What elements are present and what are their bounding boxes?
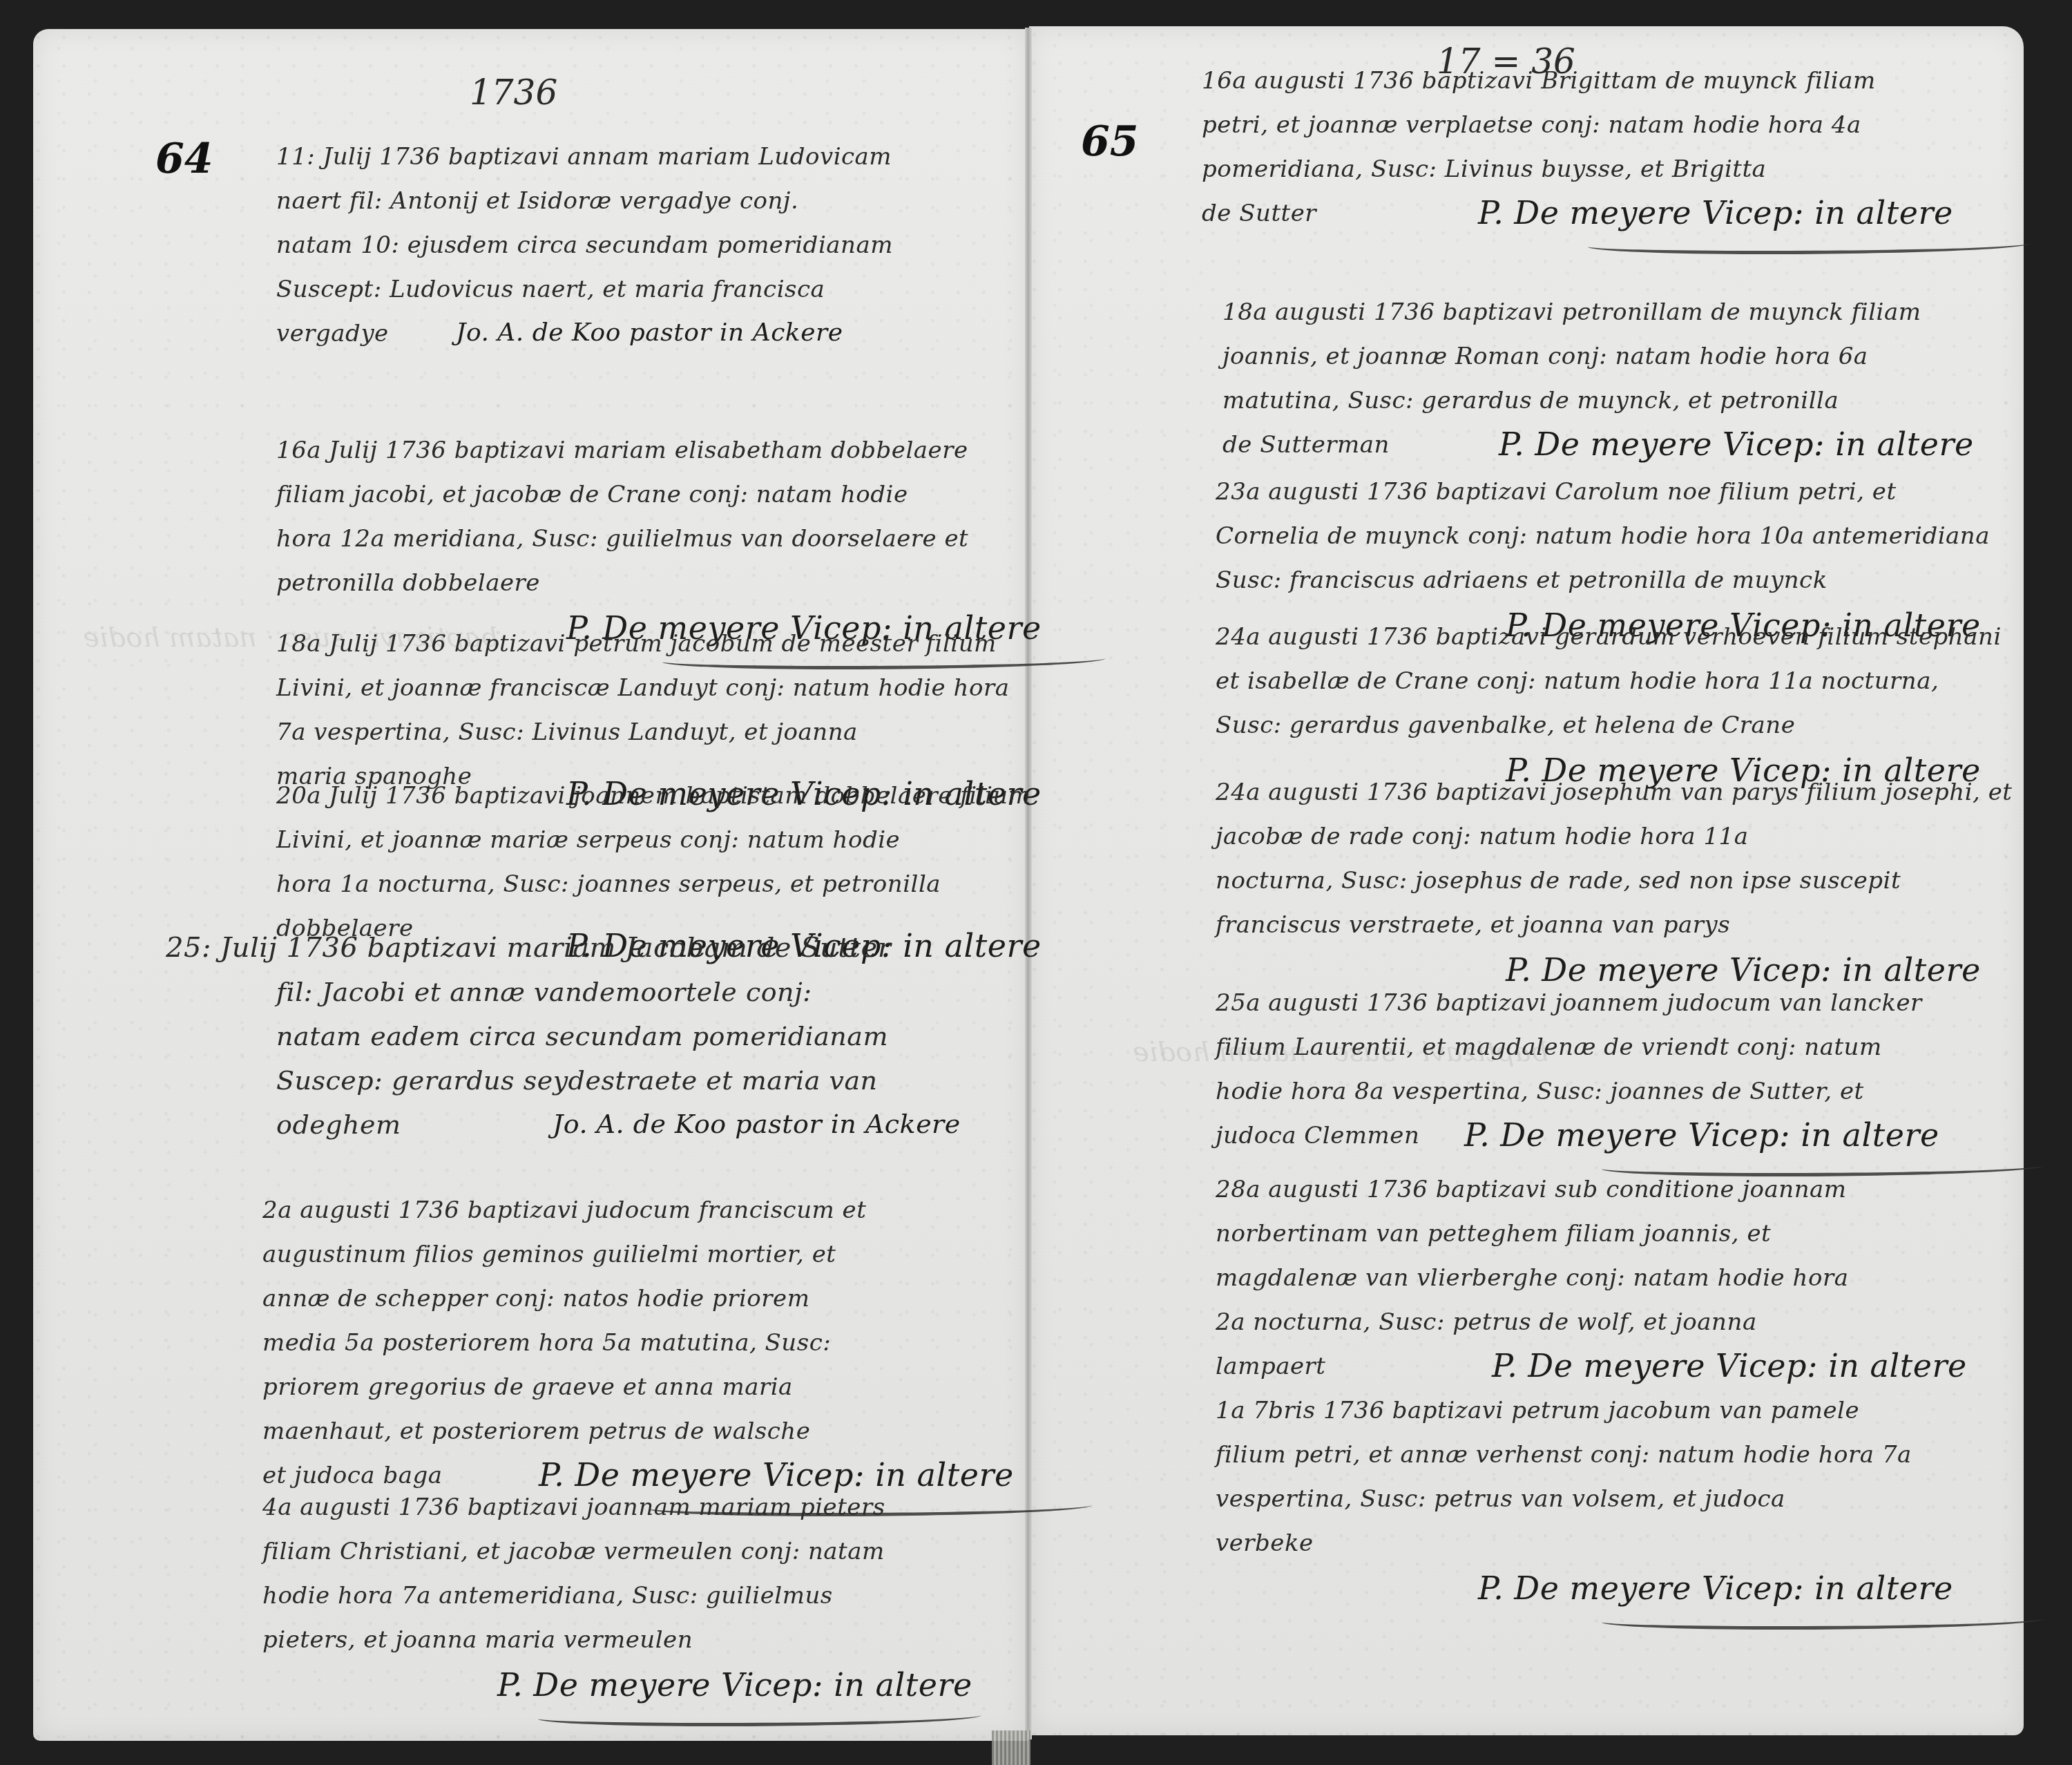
entry-line: verbeke (1216, 1521, 2044, 1565)
entry-line: 2a augusti 1736 baptizavi judocum franci… (262, 1188, 1091, 1232)
baptism-entry: 4a augusti 1736 baptizavi joannam mariam… (262, 1485, 981, 1726)
entry-line: annæ de schepper conj: natos hodie prior… (262, 1277, 1091, 1321)
baptism-entry: 2a augusti 1736 baptizavi judocum franci… (262, 1188, 1091, 1516)
baptism-entry: 1a 7bris 1736 baptizavi petrum jacobum v… (1216, 1389, 2044, 1630)
entry-line: augustinum filios geminos guilielmi mort… (262, 1232, 1091, 1277)
entry-line: Susc: franciscus adriaens et petronilla … (1216, 558, 1990, 602)
entry-line: 11: Julij 1736 baptizavi annam mariam Lu… (276, 135, 893, 179)
entry-line: 23a augusti 1736 baptizavi Carolum noe f… (1216, 470, 1990, 514)
entry-line: hodie hora 7a antemeridiana, Susc: guili… (262, 1574, 981, 1618)
entry-line: Suscept: Ludovicus naert, et maria franc… (276, 267, 893, 312)
entry-line: 25a augusti 1736 baptizavi joannem judoc… (1216, 981, 2044, 1025)
entry-line: 24a augusti 1736 baptizavi gerardum verh… (1216, 615, 2002, 659)
entry-line: priorem gregorius de graeve et anna mari… (262, 1365, 1091, 1409)
signature: P. De meyere Vicep: in altere (1202, 190, 2031, 236)
baptism-entry: 24a augusti 1736 baptizavi gerardum verh… (1216, 615, 2002, 793)
entry-line: Livini, et joannæ franciscæ Landuyt conj… (276, 666, 1042, 710)
entry-line: et isabellæ de Crane conj: natum hodie h… (1216, 659, 2002, 703)
baptism-entry: 25a augusti 1736 baptizavi joannem judoc… (1216, 981, 2044, 1176)
entry-line: Suscep: gerardus seydestraete et maria v… (166, 1058, 961, 1103)
baptism-entry: 16a augusti 1736 baptizavi Brigittam de … (1202, 59, 2031, 254)
baptism-entry: 18a augusti 1736 baptizavi petronillam d… (1222, 290, 1974, 467)
entry-line: petri, et joannæ verplaetse conj: natam … (1202, 103, 2031, 147)
entry-line: pieters, et joanna maria vermeulen (262, 1618, 981, 1662)
entry-line: 18a Julij 1736 baptizavi petrum jacobum … (276, 622, 1042, 666)
entry-line: norbertinam van petteghem filiam joannis… (1216, 1212, 1967, 1256)
entry-line: Susc: gerardus gavenbalke, et helena de … (1216, 703, 2002, 747)
entry-line: matutina, Susc: gerardus de muynck, et p… (1222, 379, 1974, 423)
entry-line: nocturna, Susc: josephus de rade, sed no… (1216, 859, 2013, 903)
entry-line: maenhaut, et posteriorem petrus de walsc… (262, 1409, 1091, 1453)
entry-line: 20a Julij 1736 baptizavi joannem baptist… (276, 774, 1042, 818)
entry-line: 16a augusti 1736 baptizavi Brigittam de … (1202, 59, 2031, 103)
entry-line: 18a augusti 1736 baptizavi petronillam d… (1222, 290, 1974, 334)
year-heading-left: 1736 (470, 73, 557, 113)
binding-thread (992, 1730, 1030, 1765)
signature-flourish (1599, 1611, 2048, 1630)
entry-line: pomeridiana, Susc: Livinus buysse, et Br… (1202, 147, 2031, 191)
entry-line: 1a 7bris 1736 baptizavi petrum jacobum v… (1216, 1389, 2044, 1433)
entry-line: filiam jacobi, et jacobæ de Crane conj: … (276, 473, 1105, 517)
entry-line: franciscus verstraete, et joanna van par… (1216, 903, 2013, 947)
signature-flourish (1585, 236, 2034, 254)
baptism-entry: 24a augusti 1736 baptizavi josephum van … (1216, 770, 2013, 993)
signature: P. De meyere Vicep: in altere (1216, 1343, 1967, 1389)
entry-line: hodie hora 8a vespertina, Susc: joannes … (1216, 1069, 2044, 1114)
entry-line: jacobæ de rade conj: natum hodie hora 11… (1216, 814, 2013, 859)
signature: P. De meyere Vicep: in altere (262, 1662, 981, 1708)
folio-number-left: 64 (155, 135, 213, 183)
entry-line: filium petri, et annæ verhenst conj: nat… (1216, 1433, 2044, 1477)
entry-line: 2a nocturna, Susc: petrus de wolf, et jo… (1216, 1300, 1967, 1344)
entry-line: filium Laurentii, et magdalenæ de vriend… (1216, 1025, 2044, 1069)
entry-line: Cornelia de muynck conj: natum hodie hor… (1216, 514, 1990, 558)
entry-line: filiam Christiani, et jacobæ vermeulen c… (262, 1529, 981, 1574)
entry-line: hora 12a meridiana, Susc: guilielmus van… (276, 517, 1105, 561)
entry-line: natam 10: ejusdem circa secundam pomerid… (276, 223, 893, 267)
signature: P. De meyere Vicep: in altere (1216, 1565, 2044, 1611)
entry-line: 7a vespertina, Susc: Livinus Landuyt, et… (276, 710, 1042, 754)
entry-line: 25: Julij 1736 baptizavi mariam Jacobam … (166, 926, 961, 970)
entry-line: joannis, et joannæ Roman conj: natam hod… (1222, 334, 1974, 379)
entry-line: hora 1a nocturna, Susc: joannes serpeus,… (276, 862, 1042, 906)
entry-line: natam eadem circa secundam pomeridianam (166, 1014, 961, 1058)
entry-line: Livini, et joannæ mariæ serpeus conj: na… (276, 818, 1042, 862)
entry-line: 28a augusti 1736 baptizavi sub condition… (1216, 1167, 1967, 1212)
entry-line: magdalenæ van vlierberghe conj: natam ho… (1216, 1256, 1967, 1300)
folio-number-right: 65 (1081, 117, 1139, 166)
entry-line: 24a augusti 1736 baptizavi josephum van … (1216, 770, 2013, 814)
baptism-entry: 28a augusti 1736 baptizavi sub condition… (1216, 1167, 1967, 1389)
baptism-entry: 11: Julij 1736 baptizavi annam mariam Lu… (276, 135, 893, 356)
signature-flourish (535, 1708, 984, 1726)
entry-line: media 5a posteriorem hora 5a matutina, S… (262, 1321, 1091, 1365)
entry-line: vespertina, Susc: petrus van volsem, et … (1216, 1477, 2044, 1521)
entry-line: fil: Jacobi et annæ vandemoortele conj: (166, 970, 961, 1014)
baptism-entry: 25: Julij 1736 baptizavi mariam Jacobam … (166, 926, 961, 1147)
entry-line: naert fil: Antonij et Isidoræ vergadye c… (276, 179, 893, 223)
entry-line: 16a Julij 1736 baptizavi mariam elisabet… (276, 428, 1105, 473)
entry-line: petronilla dobbelaere (276, 561, 1105, 605)
entry-line: 4a augusti 1736 baptizavi joannam mariam… (262, 1485, 981, 1529)
